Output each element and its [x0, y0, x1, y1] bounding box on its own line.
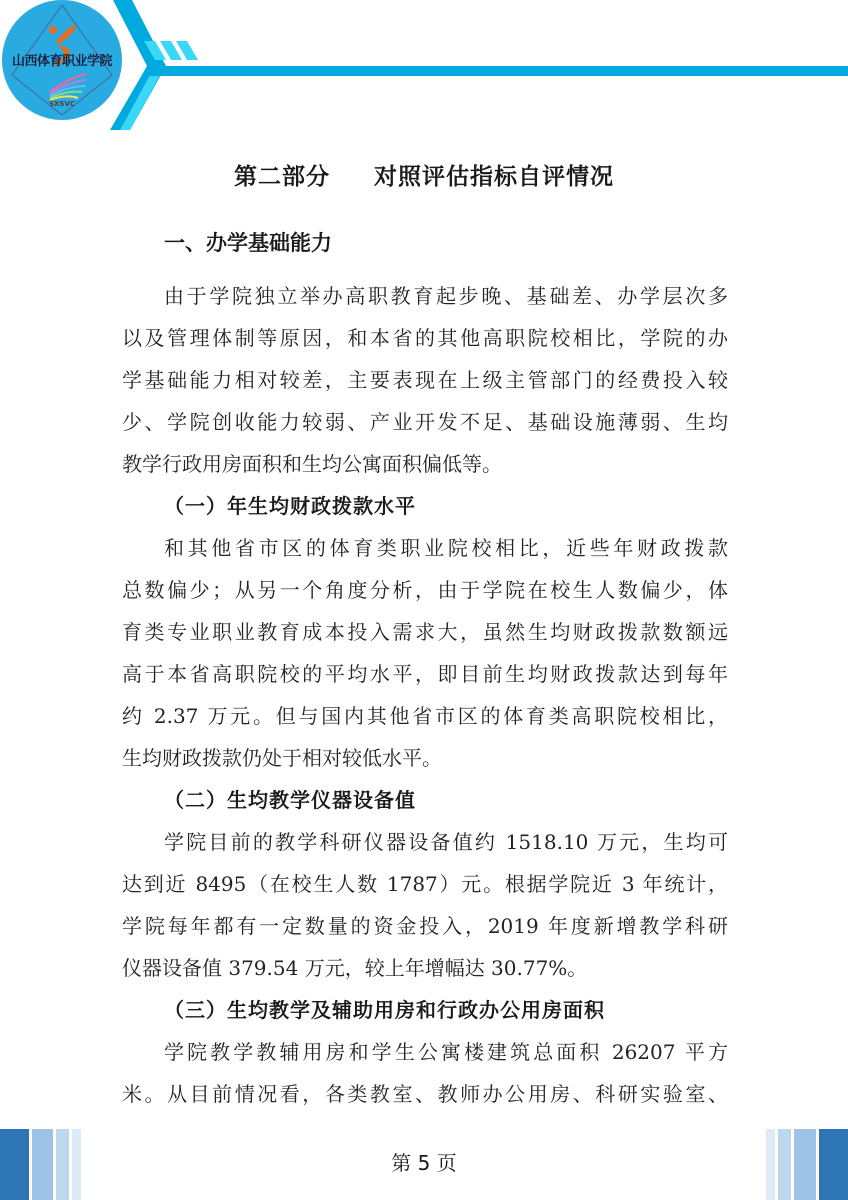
paragraph-line: 学院每年都有一定数量的资金投入，2019 年度新增教学科研 — [122, 911, 728, 941]
paragraph-line: 生均财政拨款仍处于相对较低水平。 — [122, 743, 728, 773]
header-banner-graphic — [0, 0, 848, 140]
college-logo: 山西体育职业学院 SXSVC — [2, 0, 122, 120]
paragraph-line: 和其他省市区的体育类职业院校相比，近些年财政拨款 — [122, 533, 728, 563]
paragraph-line: 约 2.37 万元。但与国内其他省市区的体育类高职院校相比， — [122, 701, 728, 731]
paragraph-line: 米。从目前情况看，各类教室、教师办公用房、科研实验室、 — [122, 1079, 728, 1109]
paragraph-line: 少、学院创收能力较弱、产业开发不足、基础设施薄弱、生均 — [122, 407, 728, 437]
subsection-heading: （一）年生均财政拨款水平 — [164, 491, 416, 521]
paragraph-line: 高于本省高职院校的平均水平，即目前生均财政拨款达到每年 — [122, 659, 728, 689]
paragraph-line: 由于学院独立举办高职教育起步晚、基础差、办学层次多 — [122, 281, 728, 311]
paragraph-line: 达到近 8495（在校生人数 1787）元。根据学院近 3 年统计， — [122, 869, 728, 899]
subsection-heading: （三）生均教学及辅助用房和行政办公用房面积 — [164, 995, 605, 1025]
paragraph-line: 育类专业职业教育成本投入需求大，虽然生均财政拨款数额远 — [122, 617, 728, 647]
title-main: 对照评估指标自评情况 — [374, 164, 614, 190]
subsection-heading: （二）生均教学仪器设备值 — [164, 785, 416, 815]
section-heading: 一、办学基础能力 — [164, 228, 332, 258]
paragraph-line: 学院教学教辅用房和学生公寓楼建筑总面积 26207 平方 — [122, 1037, 728, 1067]
paragraph-line: 以及管理体制等原因，和本省的其他高职院校相比，学院的办 — [122, 323, 728, 353]
title-part: 第二部分 — [234, 164, 330, 190]
paragraph-line: 学基础能力相对较差，主要表现在上级主管部门的经费投入较 — [122, 365, 728, 395]
paragraph-line: 仪器设备值 379.54 万元，较上年增幅达 30.77%。 — [122, 953, 728, 983]
paragraph-line: 学院目前的教学科研仪器设备值约 1518.10 万元，生均可 — [122, 827, 728, 857]
paragraph-line: 总数偏少；从另一个角度分析，由于学院在校生人数偏少，体 — [122, 575, 728, 605]
page-header: 山西体育职业学院 SXSVC — [0, 0, 848, 140]
page-number: 第 5 页 — [0, 1150, 848, 1176]
page-title: 第二部分对照评估指标自评情况 — [0, 158, 848, 191]
logo-abbreviation: SXSVC — [2, 100, 122, 108]
logo-college-name: 山西体育职业学院 — [2, 50, 122, 69]
paragraph-line: 教学行政用房面积和生均公寓面积偏低等。 — [122, 449, 728, 479]
